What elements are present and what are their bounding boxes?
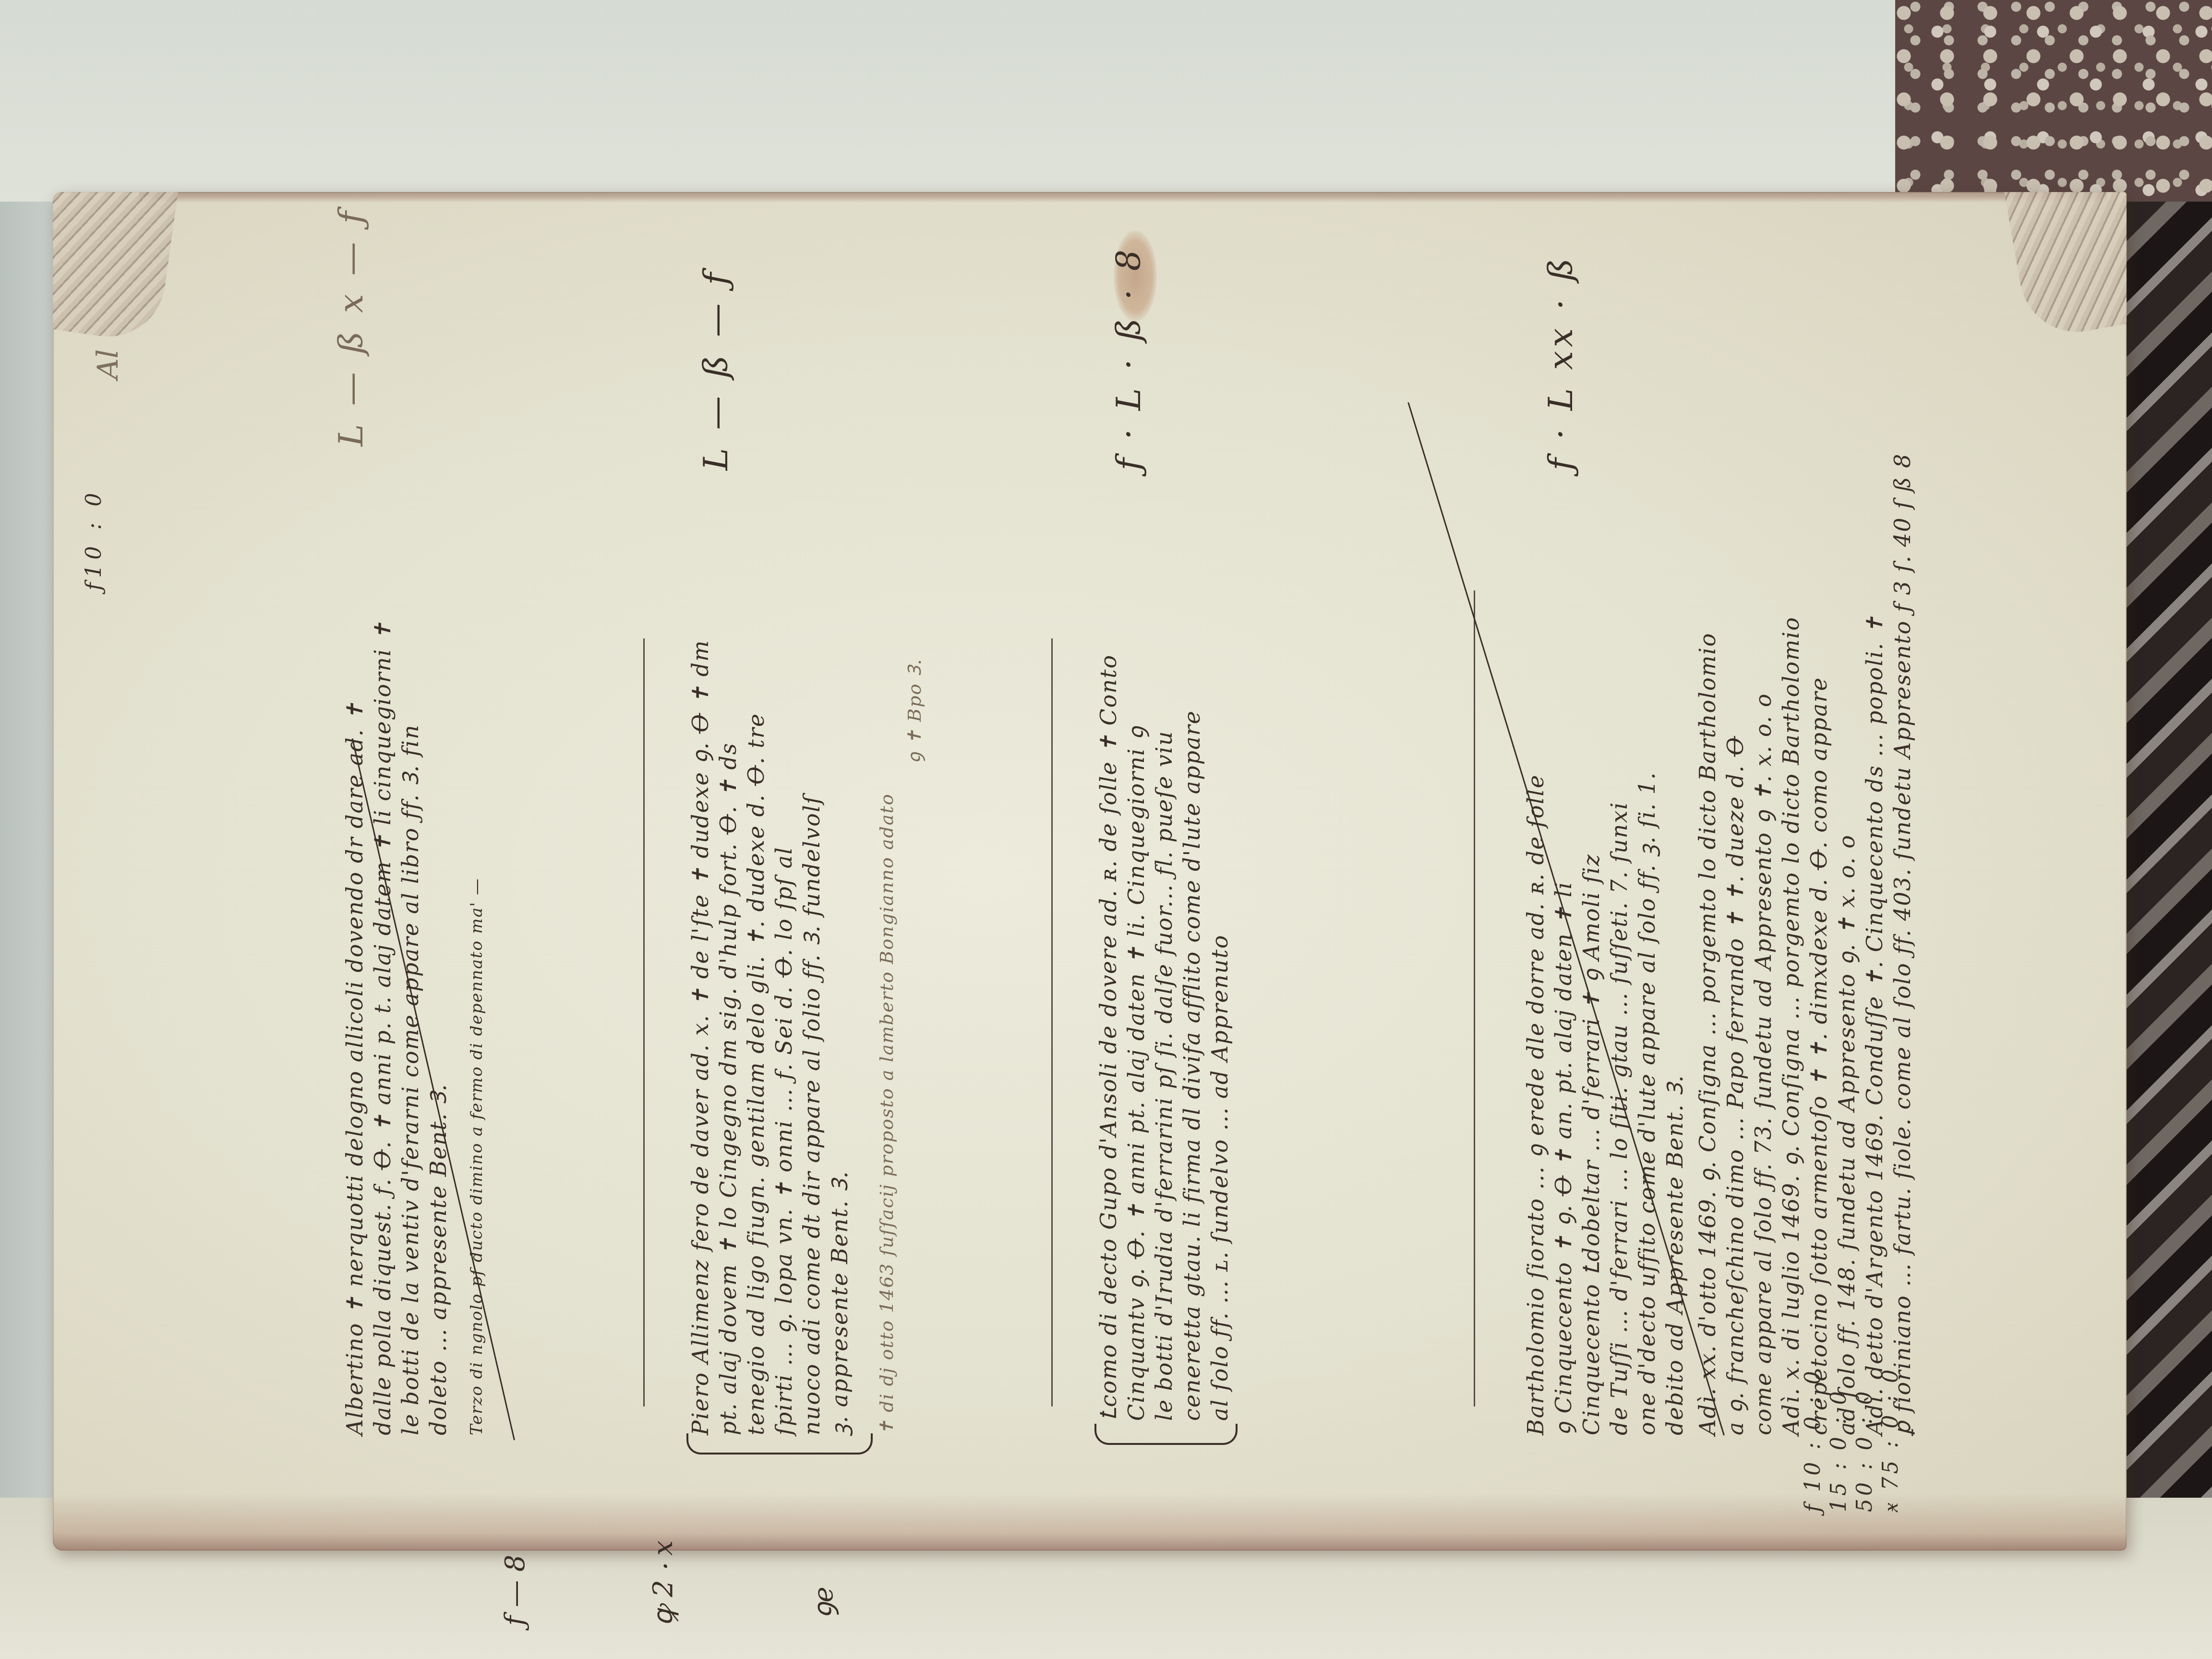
entry-3-line-1: Ꝉcomo di decto Gupo d'Ansoli de dovere a… (1094, 654, 1122, 1421)
entry-2-bracket (686, 1433, 873, 1455)
entry-4-addition-2: a ꝯ. francheſchino dimo ... Papo ferrand… (1721, 453, 1749, 1435)
bottom-mark-1: ƒ — 8 (500, 1555, 531, 1626)
entry-4-line-3: Cinquecento Ꝉdobeltar ... d'ferrari ✝ ꝯ … (1577, 453, 1605, 1435)
entry-4-line-6: debito ad Appresente Bent. Ꝫ. (1661, 453, 1689, 1435)
entry-3-bracket (1094, 1424, 1238, 1445)
entry-1-text: Albertino ✝ nerquotti delogno allicoli d… (341, 621, 491, 1435)
entry-4-addition-6: ad ſolo ƒf. 148. ſundetu ad Appresento ꝯ… (1833, 453, 1861, 1435)
entry-4-text: Bartholomio ſiorato ... ꝯ erede dle dorr… (1522, 453, 1916, 1435)
entry-2-note-2: ꝯ ✝ Bpo Ꝫ. (901, 639, 928, 1435)
entry-4-addition-1: Adì. xx. d'otto 1469. ꝯ. Conſigna ... po… (1694, 453, 1721, 1435)
entry-2-line-6: ꝫ. appresente Bent. Ꝫ. (826, 639, 854, 1435)
entry-3-line-5: al ſolo ƒf. ... ʟ. ſundelvo ... ad Appre… (1206, 654, 1234, 1421)
rotated-ledger-content: Al ƒ10 : 0 Albertino ✝ nerquotti delogno… (53, 192, 2127, 1551)
entry-1-line-1: Albertino ✝ nerquotti delogno allicoli d… (341, 621, 369, 1435)
bottom-mark-2: ꝙ 2 ‧ x (644, 1540, 680, 1626)
entry-1-margin-amount: L — ß x — ƒ (331, 207, 371, 446)
entry-3-line-2: Cinquantv ꝯ. Ꝋ. ✝ anni pt. alaj daten ✝ … (1122, 654, 1150, 1421)
entry-4-addition-5: crepetocino ſotto armentoſo ✝ ✝. dimxdex… (1805, 453, 1833, 1435)
entry-3-line-4: ceneretta gtau. li firma dl divifa affli… (1178, 654, 1206, 1421)
entry-4-addition-4: Adì. x. di luglio 1469. ꝯ. Conſigna ... … (1777, 453, 1805, 1435)
entry-2-line-3: tenegio ad ligo fiugn. gentilam delo gli… (742, 639, 770, 1435)
tally-row-3: 50 : 0 : 0 (1852, 1367, 1878, 1512)
entry-3-margin-amount: ƒ · L · ß · 8 (1109, 246, 1148, 470)
entry-4-line-1: Bartholomio ſiorato ... ꝯ erede dle dorr… (1522, 453, 1550, 1435)
bottom-mark-3: ꝯe (804, 1587, 841, 1618)
folio-mark: Al (91, 349, 125, 379)
entry-divider-1 (643, 638, 645, 1407)
tally-row-1: ƒ 10 : 0 : 0 (1800, 1367, 1826, 1512)
entry-4-line-5: one d'decto uffito come d'lute appare al… (1633, 453, 1661, 1435)
entry-divider-2 (1051, 638, 1053, 1407)
entry-4-addition-8: ꝑ fioriniano ... fartu. ſiole. come al ſ… (1888, 453, 1916, 1435)
entry-2-line-1: Piero Allimenz fero de daver ad. x. ✝ de… (686, 639, 714, 1435)
entry-3-line-3: le botti d'Irudia d'ferrarini pſ ſi. dal… (1150, 654, 1178, 1421)
entry-4-addition-3: come appare al ſolo ƒf. 73. ſundetu ad A… (1749, 453, 1777, 1435)
background-surface-top (0, 0, 2212, 202)
entry-divider-3 (1474, 590, 1475, 1407)
tally-row-4: ӿ 75 : 0 : 0 (1878, 1367, 1904, 1512)
entry-1-line-3: le botti de la ventiv d'ferarni come app… (397, 621, 424, 1435)
manuscript-page: Al ƒ10 : 0 Albertino ✝ nerquotti delogno… (53, 192, 2127, 1551)
entry-1-left-number: ƒ10 : 0 (82, 488, 106, 590)
entry-2-line-5: nuoco adi come dt dir appare al ſolio ƒf… (798, 639, 826, 1435)
tally-column: ƒ 10 : 0 : 0 15 : 0 : 0 50 : 0 : 0 ӿ 75 … (1800, 1367, 1904, 1512)
entry-1-line-2: dalle polla diquest. ƒ. Ꝋ. ✝ anni p. t. … (369, 621, 397, 1435)
entry-2-note: ✝ di dj otto 1463 ſuſſacij proposto a la… (873, 639, 901, 1435)
terrazzo-floor (1895, 0, 2212, 211)
entry-3-text: Ꝉcomo di decto Gupo d'Ansoli de dovere a… (1094, 654, 1234, 1421)
entry-2-margin-amount: L — ß — ƒ (696, 269, 735, 470)
entry-2-line-2: pt. alaj dovem ✝ lo Cingegno dm sig. d'h… (714, 639, 742, 1435)
entry-2-text: Piero Allimenz fero de daver ad. x. ✝ de… (686, 639, 928, 1435)
entry-2-line-4: ſpirti ... ꝯ. lopa vn. ✝ onni ... ƒ. Sei… (770, 639, 798, 1435)
patterned-fabric (2126, 202, 2212, 1659)
entry-4-line-4: de Tuſſi ... d'ferrari ... lo ſiti. gtau… (1605, 453, 1633, 1435)
entry-4-addition-7: Adì. detto d'Argento 1469. Conduſſe ✝. C… (1861, 453, 1888, 1435)
entry-4-margin-amount: ƒ · L xx · ß (1541, 254, 1580, 470)
entry-1-line-4: doleto ... appresente Bent. Ꝫ. (424, 621, 452, 1435)
entry-1-note: Terzo di ngnolo pſ ducto dimino a fermo … (463, 621, 491, 1435)
tally-row-2: 15 : 0 : 0 (1826, 1367, 1852, 1512)
